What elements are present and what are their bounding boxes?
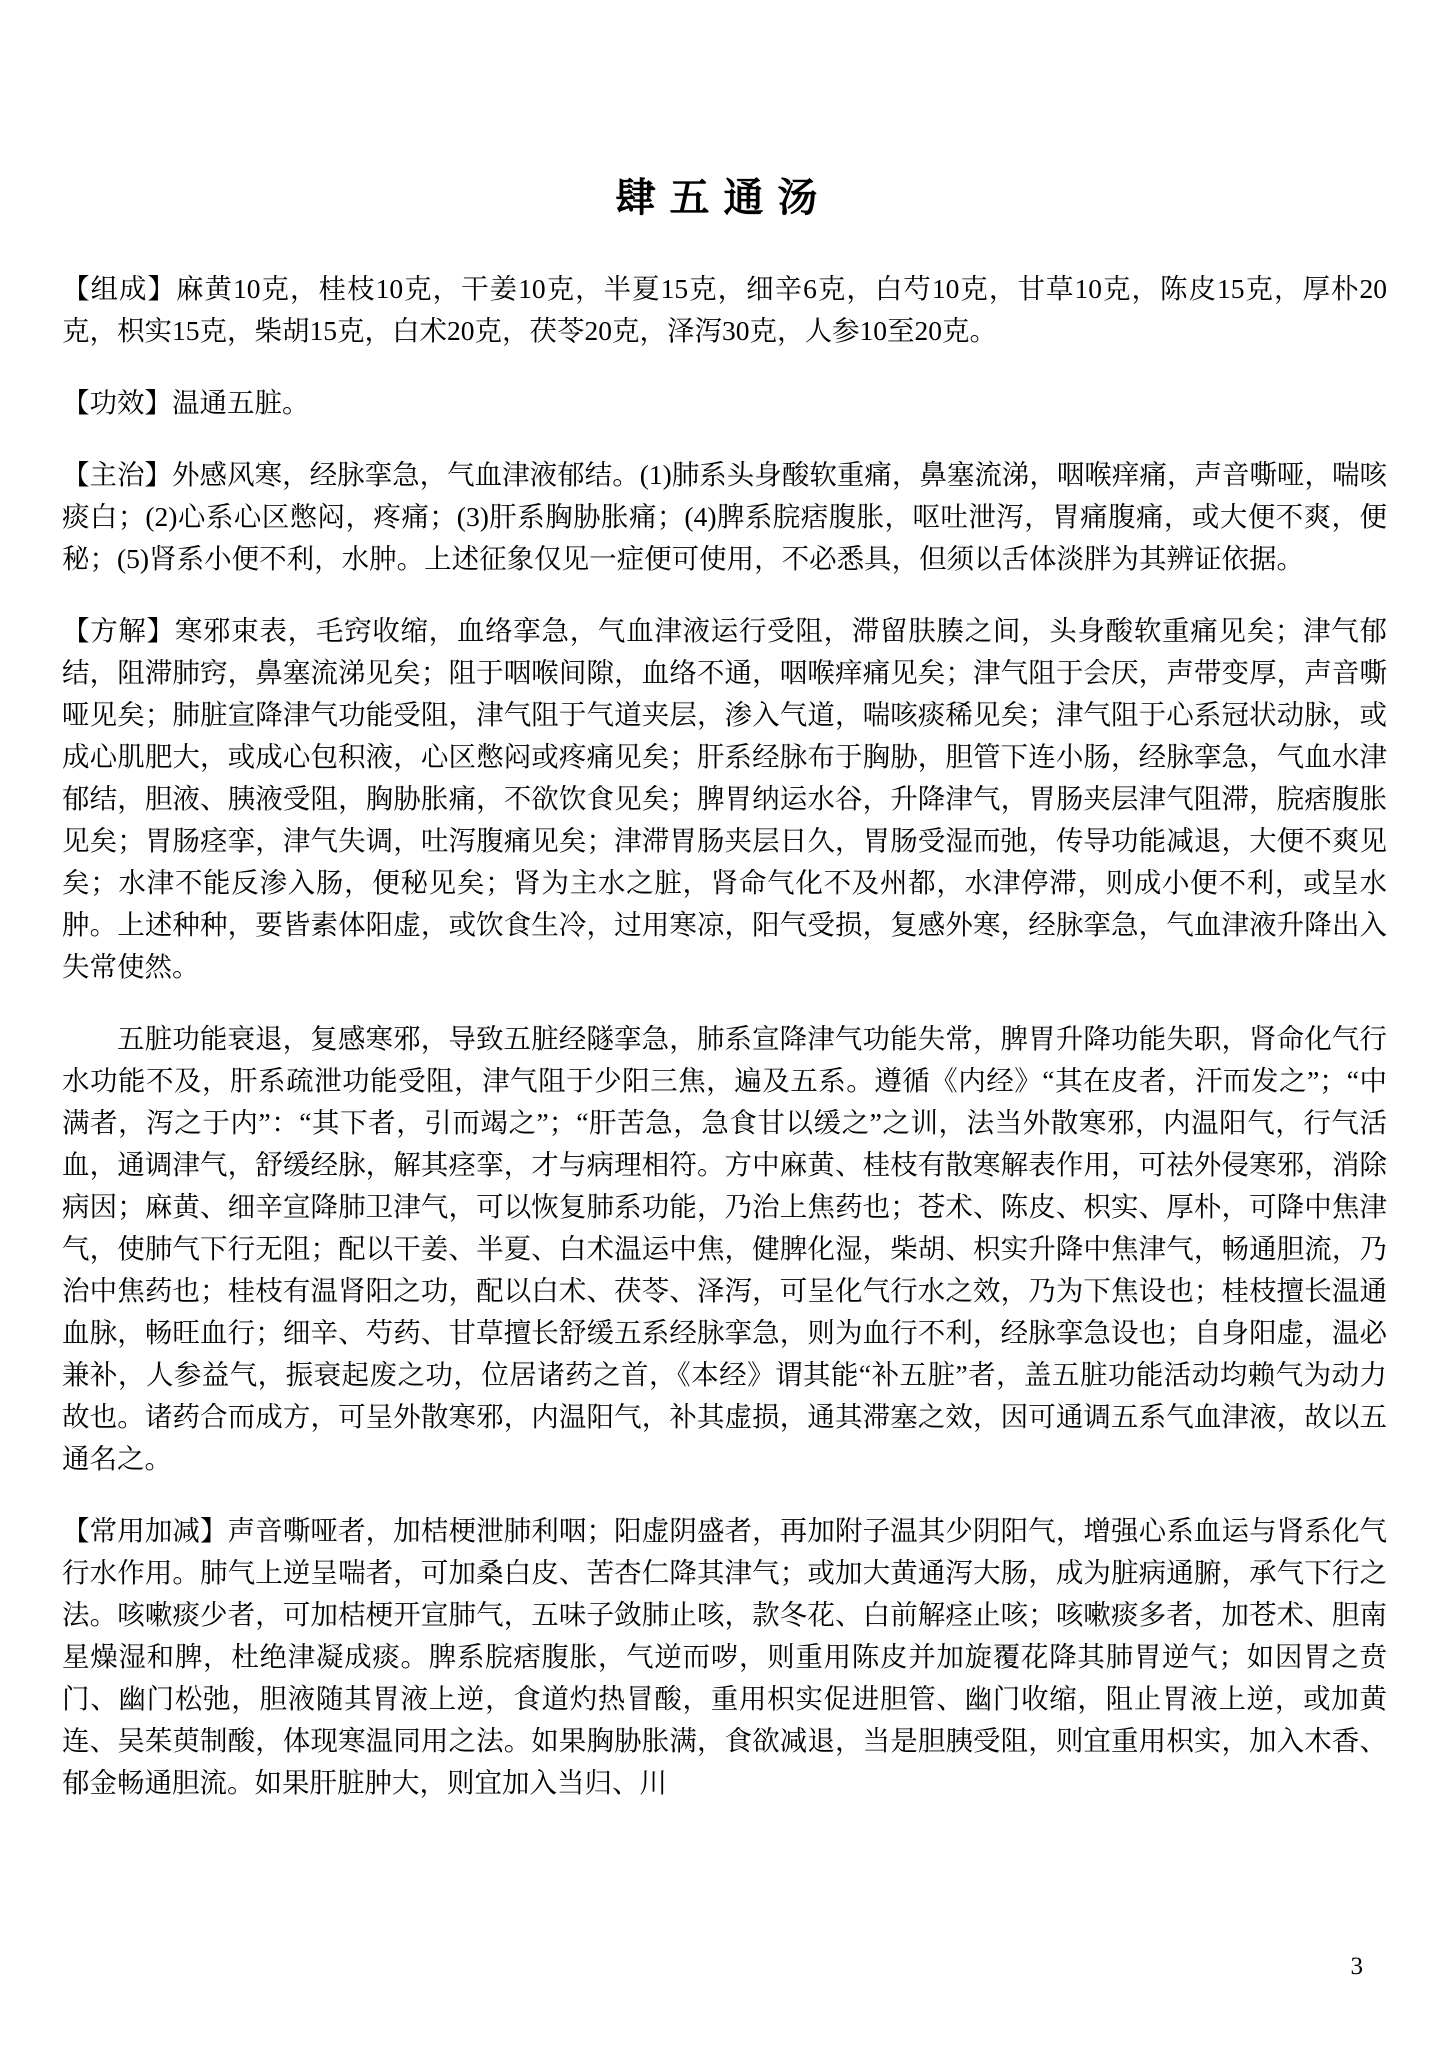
section-label-efficacy: 【功效】 bbox=[62, 387, 172, 418]
section-label-indications: 【主治】 bbox=[62, 459, 172, 490]
page-title: 肆五通汤 bbox=[0, 172, 1447, 224]
paragraph-composition: 【组成】麻黄10克，桂枝10克，干姜10克，半夏15克，细辛6克，白芍10克，甘… bbox=[62, 268, 1387, 352]
document-body: 【组成】麻黄10克，桂枝10克，干姜10克，半夏15克，细辛6克，白芍10克，甘… bbox=[62, 268, 1387, 1834]
paragraph-modifications: 【常用加减】声音嘶哑者，加桔梗泄肺利咽；阳虚阴盛者，再加附子温其少阴阳气，增强心… bbox=[62, 1510, 1387, 1804]
section-label-analysis: 【方解】 bbox=[62, 615, 175, 646]
paragraph-efficacy: 【功效】温通五脏。 bbox=[62, 382, 1387, 424]
section-text-analysis-continued: 五脏功能衰退，复感寒邪，导致五脏经隧挛急，肺系宣降津气功能失常，脾胃升降功能失职… bbox=[62, 1023, 1387, 1474]
section-text-efficacy: 温通五脏。 bbox=[172, 387, 310, 418]
document-page: 肆五通汤 【组成】麻黄10克，桂枝10克，干姜10克，半夏15克，细辛6克，白芍… bbox=[0, 0, 1447, 2048]
page-number: 3 bbox=[1351, 1952, 1364, 1982]
paragraph-analysis: 【方解】寒邪束表，毛窍收缩，血络挛急，气血津液运行受阻，滞留肤腠之间，头身酸软重… bbox=[62, 610, 1387, 988]
paragraph-indications: 【主治】外感风寒，经脉挛急，气血津液郁结。(1)肺系头身酸软重痛，鼻塞流涕，咽喉… bbox=[62, 454, 1387, 580]
section-text-composition: 麻黄10克，桂枝10克，干姜10克，半夏15克，细辛6克，白芍10克，甘草10克… bbox=[62, 273, 1387, 346]
section-text-modifications: 声音嘶哑者，加桔梗泄肺利咽；阳虚阴盛者，再加附子温其少阴阳气，增强心系血运与肾系… bbox=[62, 1515, 1387, 1798]
paragraph-analysis-continued: 五脏功能衰退，复感寒邪，导致五脏经隧挛急，肺系宣降津气功能失常，脾胃升降功能失职… bbox=[62, 1018, 1387, 1480]
section-label-modifications: 【常用加减】 bbox=[62, 1515, 228, 1546]
section-label-composition: 【组成】 bbox=[62, 273, 176, 304]
section-text-indications: 外感风寒，经脉挛急，气血津液郁结。(1)肺系头身酸软重痛，鼻塞流涕，咽喉痒痛，声… bbox=[62, 459, 1387, 574]
section-text-analysis: 寒邪束表，毛窍收缩，血络挛急，气血津液运行受阻，滞留肤腠之间，头身酸软重痛见矣；… bbox=[62, 615, 1387, 982]
